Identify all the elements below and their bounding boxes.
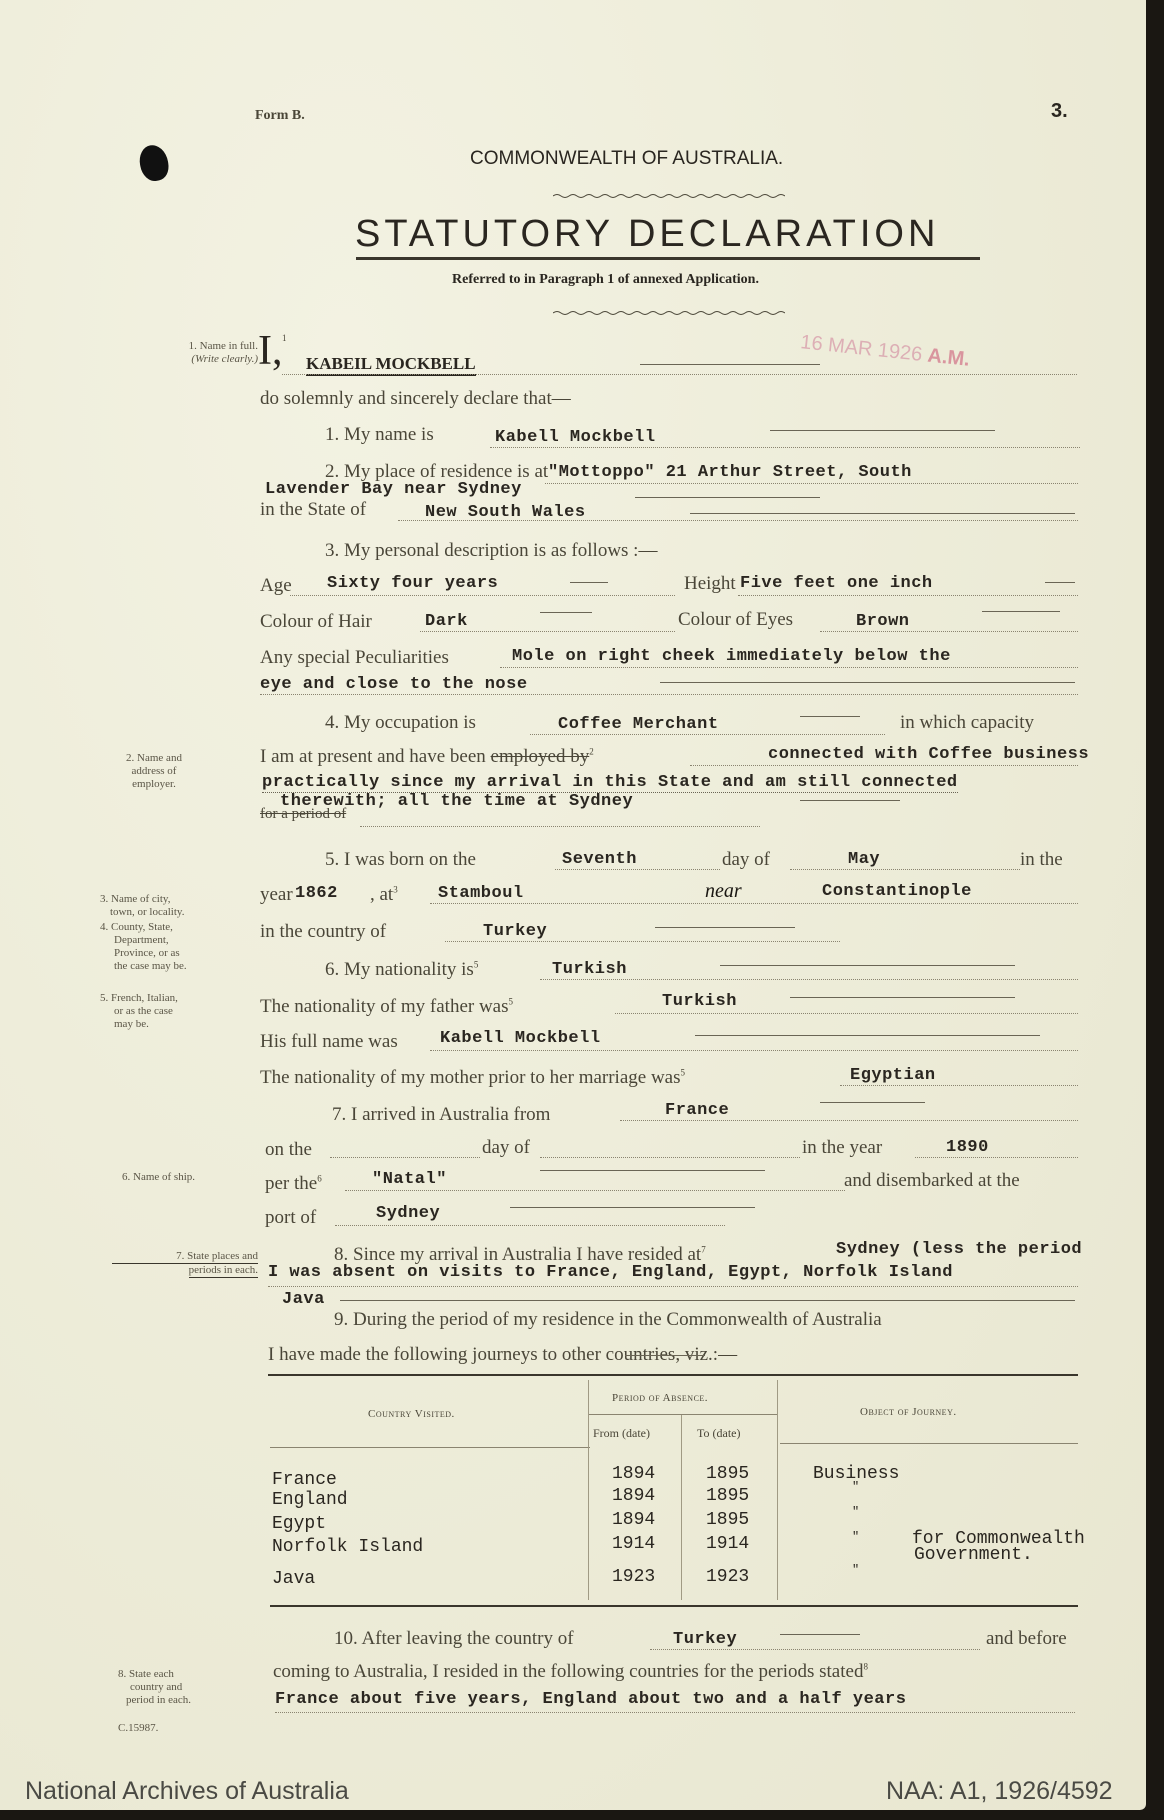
age-label: Age [260, 575, 292, 597]
margin-note-3: 3. Name of city,town, or locality. [100, 893, 254, 919]
table-cell-to: 1923 [706, 1567, 749, 1587]
table-cell-to: 1914 [706, 1534, 749, 1554]
table-cell-country: Egypt [272, 1514, 326, 1534]
birth-month-field[interactable]: May [848, 850, 880, 869]
margin-note-6: 6. Name of ship. [122, 1171, 195, 1184]
item10-label: 10. After leaving the country of [334, 1628, 574, 1650]
title-underline [356, 257, 980, 260]
handwritten-near: near [705, 880, 742, 903]
table-cell-object-ditto: " [852, 1505, 859, 1519]
received-date-stamp: 16 MAR 1926 A.M. [799, 331, 971, 372]
table-cell-from: 1923 [612, 1567, 655, 1587]
table-cell-country: France [272, 1470, 337, 1490]
hair-field[interactable]: Dark [425, 612, 468, 631]
nationality-field[interactable]: Turkish [552, 960, 627, 979]
table-cell-to: 1895 [706, 1510, 749, 1530]
col-header-period: Period of Absence. [612, 1392, 708, 1404]
father-nationality-field[interactable]: Turkish [662, 992, 737, 1011]
employer-field-line2[interactable]: practically since my arrival in this Sta… [262, 773, 958, 793]
item3-label: 3. My personal description is as follows… [325, 540, 657, 562]
struck-period-text: for a period of [260, 806, 346, 823]
table-cell-object-ditto: " [852, 1480, 859, 1494]
present-text: I am at present and have been employed b… [260, 746, 594, 768]
page-number: 3. [1051, 100, 1068, 123]
table-cell-object-note: for Commonwealth Government. [912, 1531, 1085, 1563]
col-header-to: To (date) [697, 1426, 740, 1441]
document-subtitle: Referred to in Paragraph 1 of annexed Ap… [452, 272, 759, 288]
ship-name-field[interactable]: "Natal" [372, 1170, 447, 1189]
birth-day-field[interactable]: Seventh [562, 850, 637, 869]
item10-line2: coming to Australia, I resided in the fo… [273, 1661, 868, 1683]
col-header-country: Country Visited. [368, 1408, 455, 1420]
birth-city-field[interactable]: Constantinople [822, 882, 972, 901]
birth-place-field[interactable]: Stamboul [438, 884, 524, 903]
table-cell-from: 1894 [612, 1510, 655, 1530]
declarant-name-field[interactable]: KABEIL MOCKBELL [306, 354, 476, 376]
resided-countries-field[interactable]: France about five years, England about t… [275, 1690, 906, 1709]
employer-field-line1[interactable]: connected with Coffee business [768, 745, 1089, 764]
disembarked-text: and disembarked at the [844, 1170, 1020, 1192]
document-page: Form B. 3. COMMONWEALTH OF AUSTRALIA. ST… [0, 0, 1146, 1810]
on-the-text: on the [265, 1139, 312, 1161]
item5-label: 5. I was born on the [325, 849, 476, 871]
country-label: in the country of [260, 921, 386, 943]
hair-label: Colour of Hair [260, 611, 372, 633]
table-cell-from: 1894 [612, 1486, 655, 1506]
item9-label-line1: 9. During the period of my residence in … [334, 1309, 882, 1331]
at-text: , at3 [370, 884, 398, 906]
father-name-field[interactable]: Kabell Mockbell [440, 1029, 601, 1048]
mother-nationality-label: The nationality of my mother prior to he… [260, 1067, 685, 1089]
margin-note-2: 2. Name andaddress ofemployer. [100, 752, 208, 791]
margin-note-1: 1. Name in full. (Write clearly.) [100, 340, 258, 366]
wavy-divider-icon [553, 193, 785, 199]
residence-since-field-line3[interactable]: Java [282, 1290, 325, 1309]
form-label: Form B. [255, 108, 305, 124]
table-cell-country: Norfolk Island [272, 1537, 423, 1557]
day-of-text: day of [722, 849, 770, 871]
table-cell-to: 1895 [706, 1464, 749, 1484]
and-before-text: and before [986, 1628, 1067, 1650]
height-label: Height [684, 573, 736, 595]
mother-nationality-field[interactable]: Egyptian [850, 1066, 936, 1085]
state-label: in the State of [260, 499, 366, 521]
declare-statement: do solemnly and sincerely declare that— [260, 388, 571, 410]
footnote-1: 1 [282, 333, 287, 343]
height-field[interactable]: Five feet one inch [740, 574, 933, 593]
birth-year-field[interactable]: 1862 [295, 884, 338, 903]
margin-note-7: 7. State places and periods in each. [112, 1250, 258, 1278]
occupation-field[interactable]: Coffee Merchant [558, 715, 719, 734]
margin-note-4: 4. County, State,Department,Province, or… [100, 921, 254, 973]
residence-since-field-line1[interactable]: Sydney (less the period [836, 1240, 1082, 1259]
document-title: STATUTORY DECLARATION [355, 213, 939, 256]
age-field[interactable]: Sixty four years [327, 574, 498, 593]
archive-reference: NAA: A1, 1926/4592 [886, 1777, 1113, 1806]
table-cell-country: Java [272, 1569, 315, 1589]
in-year-text: in the year [802, 1137, 882, 1159]
table-cell-from: 1894 [612, 1464, 655, 1484]
item6-label: 6. My nationality is5 [325, 959, 478, 981]
item7-label: 7. I arrived in Australia from [332, 1104, 550, 1126]
father-name-label: His full name was [260, 1031, 398, 1053]
declarant-I: I, [258, 330, 283, 372]
item1-label: 1. My name is [325, 424, 434, 446]
father-nationality-label: The nationality of my father was5 [260, 996, 513, 1018]
in-the-text: in the [1020, 849, 1063, 871]
table-cell-country: England [272, 1490, 348, 1510]
item4-label: 4. My occupation is [325, 712, 476, 734]
residence-since-field-line2[interactable]: I was absent on visits to France, Englan… [268, 1263, 953, 1282]
peculiarities-label: Any special Peculiarities [260, 647, 449, 669]
port-field[interactable]: Sydney [376, 1204, 440, 1223]
residence-field-line1[interactable]: "Mottoppo" 21 Arthur Street, South [548, 463, 912, 482]
margin-note-5: 5. French, Italian,or as the casemay be. [100, 992, 254, 1031]
struck-employed-by: employed by [491, 746, 590, 767]
eyes-label: Colour of Eyes [678, 609, 793, 631]
table-cell-to: 1895 [706, 1486, 749, 1506]
form-code: C.15987. [118, 1722, 158, 1735]
peculiarities-field-line2[interactable]: eye and close to the nose [260, 675, 528, 694]
day-of-arrival-text: day of [482, 1137, 530, 1159]
col-header-from: From (date) [593, 1426, 650, 1441]
table-cell-from: 1914 [612, 1534, 655, 1554]
archive-name: National Archives of Australia [25, 1777, 349, 1806]
arrived-from-field[interactable]: France [665, 1101, 729, 1120]
peculiarities-field-line1[interactable]: Mole on right cheek immediately below th… [512, 647, 951, 666]
left-country-field[interactable]: Turkey [673, 1630, 737, 1649]
eyes-field[interactable]: Brown [856, 612, 910, 631]
agency-heading: COMMONWEALTH OF AUSTRALIA. [470, 148, 783, 170]
table-cell-object-ditto: " [852, 1563, 859, 1577]
birth-country-field[interactable]: Turkey [483, 922, 547, 941]
year-label: year [260, 884, 293, 906]
arrival-year-field[interactable]: 1890 [946, 1138, 989, 1157]
per-the-text: per the6 [265, 1173, 322, 1195]
ink-blot [137, 143, 171, 183]
residence-field-line2[interactable]: Lavender Bay near Sydney [265, 480, 522, 499]
name-field[interactable]: Kabell Mockbell [495, 428, 656, 447]
capacity-text: in which capacity [900, 712, 1034, 734]
col-header-object: Object of Journey. [860, 1406, 957, 1418]
port-label: port of [265, 1207, 316, 1229]
wavy-divider-icon [553, 310, 785, 316]
margin-note-8: 8. State eachcountry andperiod in each. [118, 1668, 248, 1707]
table-cell-object-ditto: " [852, 1530, 859, 1544]
